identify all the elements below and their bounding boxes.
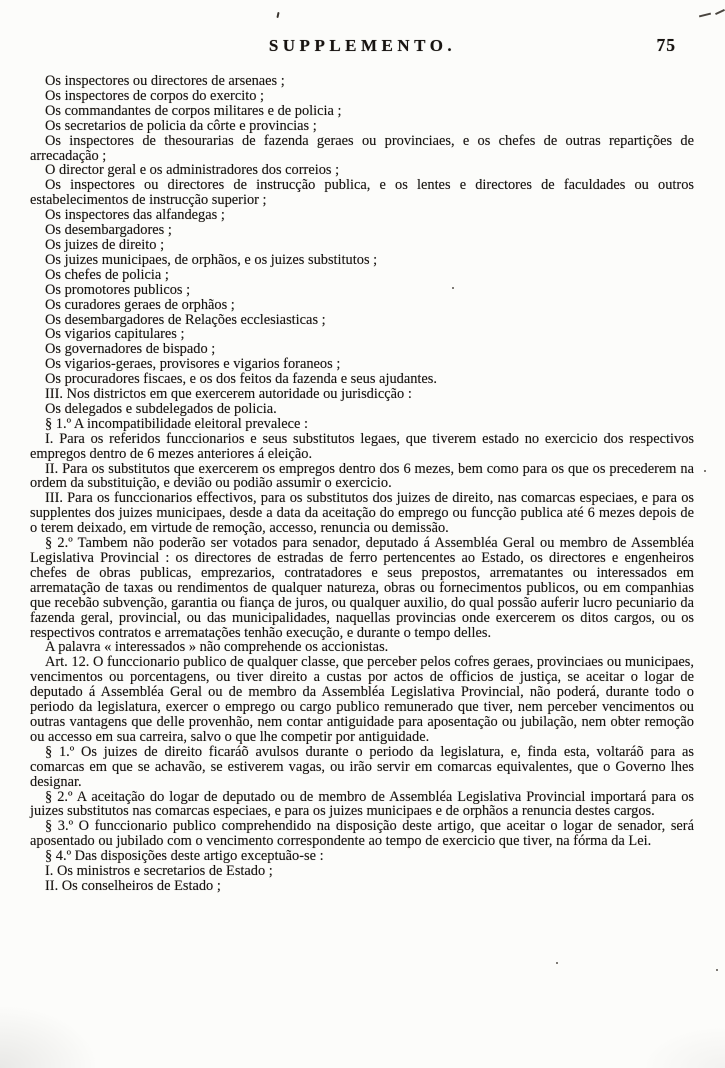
paragraph: Os commandantes de corpos militares e de… [30,104,694,119]
paragraph: II. Os conselheiros de Estado ; [30,879,694,894]
paragraph: O director geral e os administradores do… [30,163,694,178]
page-number: 75 [657,35,677,56]
page-body: Os inspectores ou directores de arsenaes… [30,74,694,894]
paragraph: Os juizes de direito ; [30,238,694,253]
paragraph: Os chefes de policia ; [30,268,694,283]
scan-artifact-dot [704,470,706,472]
paragraph: Art. 12. O funccionario publico de qualq… [30,655,694,744]
scan-artifact-dot [716,969,718,971]
paragraph: Os inspectores de thesourarias de fazend… [30,134,694,164]
paragraph: Os juizes municipaes, de orphãos, e os j… [30,253,694,268]
paragraph: Os governadores de bispado ; [30,342,694,357]
paragraph: Os curadores geraes de orphãos ; [30,298,694,313]
page-title: SUPPLEMENTO. [0,36,725,56]
paragraph: I. Os ministros e secretarios de Estado … [30,864,694,879]
paragraph: Os inspectores das alfandegas ; [30,208,694,223]
paragraph: Os desembargadores de Relações ecclesias… [30,313,694,328]
document-page: SUPPLEMENTO. 75 Os inspectores ou direct… [0,0,725,1068]
paragraph: Os vigarios capitulares ; [30,327,694,342]
paragraph: III. Para os funccionarios effectivos, p… [30,491,694,536]
paragraph: § 4.º Das disposições deste artigo excep… [30,849,694,864]
paragraph: § 3.º O funccionario publico comprehendi… [30,819,694,849]
paragraph: § 2.º A aceitação do logar de deputado o… [30,790,694,820]
page-header: SUPPLEMENTO. 75 [0,0,725,62]
paragraph: A palavra « interessados » não comprehen… [30,640,694,655]
paragraph: II. Para os substitutos que exercerem os… [30,462,694,492]
paragraph: Os vigarios-geraes, provisores e vigario… [30,357,694,372]
paragraph: § 1.º A incompatibilidade eleitoral prev… [30,417,694,432]
paragraph: Os procuradores fiscaes, e os dos feitos… [30,372,694,387]
paragraph: Os inspectores de corpos do exercito ; [30,89,694,104]
paragraph: Os desembargadores ; [30,223,694,238]
paragraph: Os promotores publicos ; [30,283,694,298]
paragraph: Os secretarios de policia da côrte e pro… [30,119,694,134]
paragraph: § 2.º Tambem não poderão ser votados par… [30,536,694,640]
paragraph: Os inspectores ou directores de arsenaes… [30,74,694,89]
paragraph: § 1.º Os juizes de direito ficaráõ avuls… [30,745,694,790]
scan-artifact-dot [556,962,558,964]
paragraph: Os delegados e subdelegados de policia. [30,402,694,417]
paragraph: Os inspectores ou directores de instrucç… [30,178,694,208]
paragraph: III. Nos districtos em que exercerem aut… [30,387,694,402]
paragraph: I. Para os referidos funccionarios e seu… [30,432,694,462]
